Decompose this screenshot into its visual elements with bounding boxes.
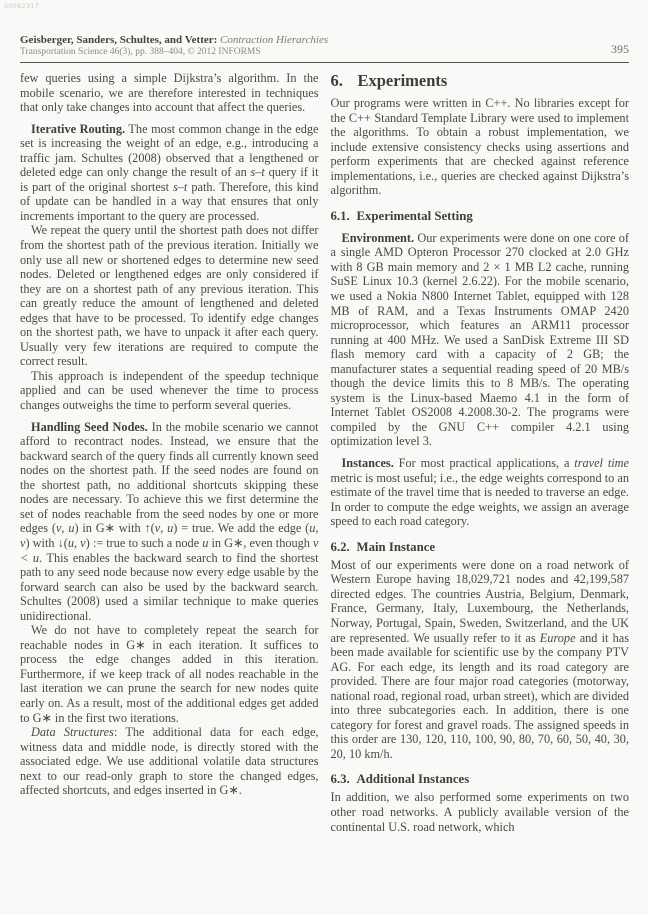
paragraph-continuation: few queries using a simple Dijkstra’s al…: [20, 71, 319, 115]
paper-page: 00082317 Geisberger, Sanders, Schultes, …: [0, 0, 648, 915]
paragraph-reachable-nodes: We do not have to completely repeat the …: [20, 623, 319, 725]
paragraph-experiments-intro: Our programs were written in C++. No lib…: [331, 96, 630, 198]
two-column-body: few queries using a simple Dijkstra’s al…: [20, 71, 629, 915]
header-authors: Geisberger, Sanders, Schultes, and Vette…: [20, 34, 217, 46]
right-column: 6.Experiments Our programs were written …: [331, 71, 630, 915]
section-heading-experiments: 6.Experiments: [331, 71, 630, 91]
subsection-number: 6.1.: [331, 209, 357, 224]
subsection-title: Additional Instances: [357, 772, 470, 786]
header-journal-line: Transportation Science 46(3), pp. 388–40…: [20, 46, 328, 58]
paragraph-repeat-query: We repeat the query until the shortest p…: [20, 223, 319, 368]
subsection-heading-additional-instances: 6.3.Additional Instances: [331, 772, 630, 787]
page-number: 395: [611, 42, 629, 58]
header-citation-line: Geisberger, Sanders, Schultes, and Vette…: [20, 34, 328, 46]
header-article-title: Contraction Hierarchies: [220, 34, 328, 46]
paragraph-iterative-routing: Iterative Routing. The most common chang…: [20, 122, 319, 224]
subsection-number: 6.2.: [331, 540, 357, 555]
running-header: Geisberger, Sanders, Schultes, and Vette…: [20, 34, 629, 58]
subsection-title: Main Instance: [357, 540, 436, 554]
paragraph-additional-instances: In addition, we also performed some expe…: [331, 790, 630, 834]
paragraph-speedup-independent: This approach is independent of the spee…: [20, 369, 319, 413]
section-number: 6.: [331, 71, 358, 91]
subsection-number: 6.3.: [331, 772, 357, 787]
paragraph-main-instance: Most of our experiments were done on a r…: [331, 558, 630, 762]
header-rule: [20, 62, 629, 63]
paragraph-environment: Environment. Our experiments were done o…: [331, 231, 630, 449]
section-title: Experiments: [358, 71, 448, 90]
paragraph-instances: Instances. For most practical applicatio…: [331, 456, 630, 529]
subsection-heading-main-instance: 6.2.Main Instance: [331, 540, 630, 555]
scan-stamp: 00082317: [4, 3, 39, 10]
paragraph-data-structures: Data Structures: The additional data for…: [20, 725, 319, 798]
running-header-text: Geisberger, Sanders, Schultes, and Vette…: [20, 34, 328, 58]
subsection-heading-experimental-setting: 6.1.Experimental Setting: [331, 209, 630, 224]
left-column: few queries using a simple Dijkstra’s al…: [20, 71, 319, 915]
subsection-title: Experimental Setting: [357, 209, 473, 223]
paragraph-handling-seed-nodes: Handling Seed Nodes. In the mobile scena…: [20, 420, 319, 624]
